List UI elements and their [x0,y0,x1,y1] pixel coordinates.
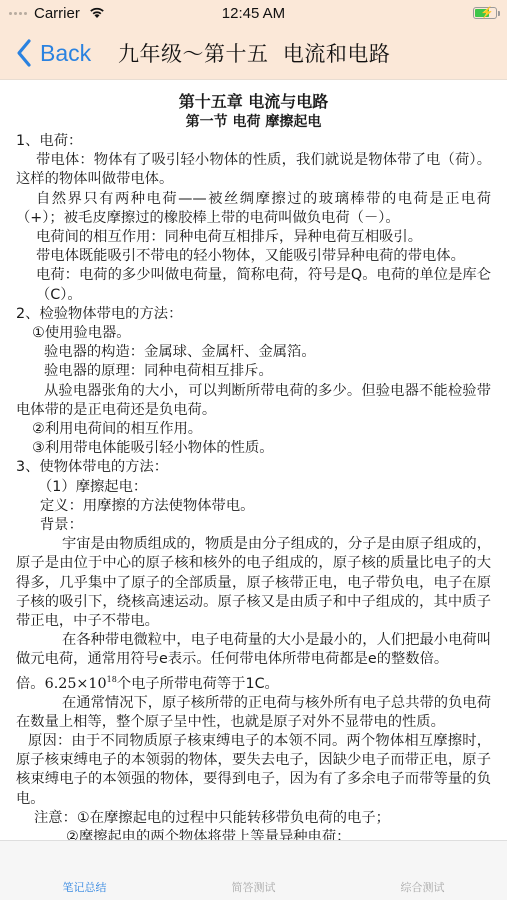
tab-short-answer-test[interactable]: 简答测试 [169,841,338,900]
item-electroscope: ①使用验电器。 [16,324,491,343]
paragraph-elementary-charge: 在各种带电微粒中，电子电荷量的大小是最小的，人们把最小电荷叫做元电荷，通常用符号… [16,631,491,669]
chapter-title: 第十五章 电流与电路 [16,92,491,112]
paragraph-charged-body: 带电体：物体有了吸引轻小物体的性质，我们就说是物体带了电（荷）。这样的物体叫做带… [16,151,491,189]
paragraph-coulomb: 倍。6.25×1018个电子所带电荷等于1C。 [16,670,491,694]
header: Carrier 12:45 AM ⚡ Back 九年级～第十五 电流和电路 [0,0,507,80]
paragraph-neutral-atom: 在通常情况下，原子核所带的正电荷与核外所有电子总共带的负电荷在数量上相等，整个原… [16,694,491,732]
clock: 12:45 AM [0,5,507,22]
back-label: Back [40,40,91,67]
heading-detection: 2、检验物体带电的方法： [16,305,491,324]
charging-bolt-icon: ⚡ [480,6,494,20]
navigation-bar: Back 九年级～第十五 电流和电路 [0,30,507,76]
tab-comprehensive-test[interactable]: 综合测试 [338,841,507,900]
status-bar: Carrier 12:45 AM ⚡ [0,0,507,26]
paragraph-electroscope-angle: 从验电器张角的大小，可以判断所带电荷的多少。但验电器不能检验带电体带的是正电荷还… [16,382,491,420]
item-interaction: ②利用电荷间的相互作用。 [16,420,491,439]
paragraph-two-charges: 自然界只有两种电荷——被丝绸摩擦过的玻璃棒带的电荷是正电荷（+）；被毛皮摩擦过的… [16,190,491,228]
paragraph-interaction: 电荷间的相互作用：同种电荷互相排斥，异种电荷互相吸引。 [16,228,491,247]
item-friction: （1）摩擦起电： [16,478,491,497]
paragraph-charge-quantity: 电荷：电荷的多少叫做电荷量，简称电荷，符号是Q。电荷的单位是库仑（C）。 [16,266,491,304]
label-background: 背景： [16,516,491,535]
paragraph-atom-structure: 宇宙是由物质组成的，物质是由分子组成的，分子是由原子组成的，原子是由位于中心的原… [16,535,491,631]
tab-notes-summary[interactable]: 笔记总结 [0,841,169,900]
paragraph-definition: 定义：用摩擦的方法使物体带电。 [16,497,491,516]
page-title: 九年级～第十五 电流和电路 [118,38,390,68]
paragraph-attraction: 带电体既能吸引不带电的轻小物体，又能吸引带异种电荷的带电体。 [16,247,491,266]
section-title: 第一节 电荷 摩擦起电 [16,112,491,132]
heading-charge: 1、电荷： [16,132,491,151]
back-button[interactable]: Back [14,36,91,70]
notes-content[interactable]: 第十五章 电流与电路 第一节 电荷 摩擦起电 1、电荷： 带电体：物体有了吸引轻… [0,82,507,842]
battery-icon: ⚡ [473,7,497,19]
note-1: 注意：①在摩擦起电的过程中只能转移带负电荷的电子； [16,809,491,828]
chevron-left-icon [14,38,36,68]
paragraph-electroscope-principle: 验电器的原理：同种电荷相互排斥。 [16,362,491,381]
paragraph-reason: 原因：由于不同物质原子核束缚电子的本领不同。两个物体相互摩擦时，原子核束缚电子的… [16,732,491,809]
tab-bar: 笔记总结 简答测试 综合测试 [0,840,507,900]
item-attract-light: ③利用带电体能吸引轻小物体的性质。 [16,439,491,458]
heading-charging-methods: 3、使物体带电的方法： [16,458,491,477]
paragraph-electroscope-structure: 验电器的构造：金属球、金属杆、金属箔。 [16,343,491,362]
